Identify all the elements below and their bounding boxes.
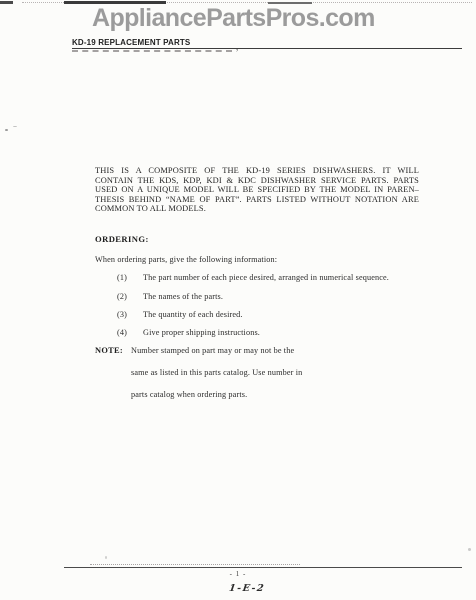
list-item-number: (3) (117, 310, 143, 319)
scan-artifact-fleck (13, 126, 17, 127)
header-rule-dashed-segment (72, 50, 232, 52)
ordering-list-item: (3)The quantity of each desired. (117, 310, 243, 319)
ordering-instruction: When ordering parts, give the following … (95, 255, 277, 264)
ordering-list-item: (1)The part number of each piece desired… (117, 273, 389, 282)
list-item-text: The part number of each piece desired, a… (143, 273, 389, 282)
list-item-text: Give proper shipping instructions. (143, 328, 260, 337)
scan-artifact-top-left-dash (0, 1, 13, 4)
scan-artifact-comma-mark: , (236, 42, 238, 52)
list-item-number: (4) (117, 328, 143, 337)
list-item-number: (2) (117, 292, 143, 301)
scan-artifact-fleck (105, 556, 107, 559)
intro-line: COMMON TO ALL MODELS. (95, 204, 419, 214)
note-label: NOTE: (95, 346, 123, 355)
watermark-logo-text: AppliancePartsPros.com (92, 4, 375, 33)
document-title: KD-19 REPLACEMENT PARTS (72, 38, 190, 47)
intro-paragraph: THIS IS A COMPOSITE OF THE KD-19 SERIES … (95, 166, 419, 214)
ordering-list-item: (4)Give proper shipping instructions. (117, 328, 260, 337)
scanned-document-page: AppliancePartsPros.com KD-19 REPLACEMENT… (0, 0, 476, 600)
note-line: parts catalog when ordering parts. (131, 390, 247, 399)
intro-line: THIS IS A COMPOSITE OF THE KD-19 SERIES … (95, 166, 419, 176)
list-item-number: (1) (117, 273, 143, 282)
list-item-text: The quantity of each desired. (143, 310, 243, 319)
scan-artifact-fleck (468, 548, 471, 551)
list-item-text: The names of the parts. (143, 292, 223, 301)
page-number: - 1 - (0, 570, 476, 578)
header-rule (72, 48, 462, 49)
intro-line: USED ON A UNIQUE MODEL WILL BE SPECIFIED… (95, 185, 419, 195)
scan-artifact-fleck (5, 129, 8, 131)
note-line: same as listed in this parts catalog. Us… (131, 368, 302, 377)
intro-line: THESIS BEHIND “NAME OF PART”. PARTS LIST… (95, 195, 419, 205)
ordering-section-heading: ORDERING: (95, 234, 149, 244)
footer-rule (64, 567, 462, 568)
note-line: Number stamped on part may or may not be… (131, 346, 294, 355)
footer-rule-dotted-segment (90, 564, 300, 565)
handwritten-stamp: 1-E-2 (228, 583, 266, 594)
intro-line: CONTAIN THE KDS, KDP, KDI & KDC DISHWASH… (95, 176, 419, 186)
ordering-list-item: (2)The names of the parts. (117, 292, 223, 301)
